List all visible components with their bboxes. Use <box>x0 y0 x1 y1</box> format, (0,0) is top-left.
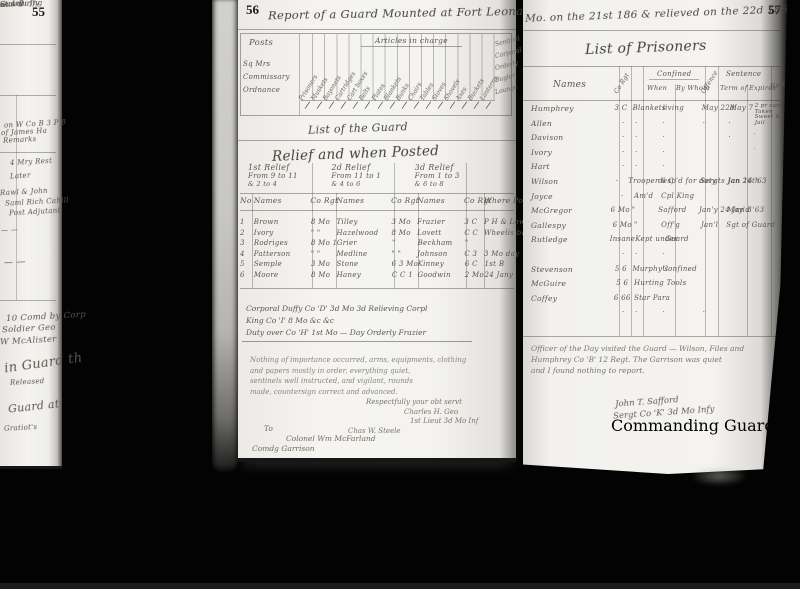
addressee-block: ToColonel Wm McFarlandComdg Garrison <box>252 424 376 454</box>
articles-table: Posts Articles in charge Sq MrsCommissar… <box>240 33 512 116</box>
articles-side-notes: SentinelCorporalOrderlyBuglerLounge <box>495 36 522 96</box>
col-header-names: Names <box>553 80 586 90</box>
addressee-line: Comdg Garrison <box>252 444 376 454</box>
column-line <box>718 66 719 336</box>
post-row-label: Ordnance <box>243 84 290 97</box>
col-header-when: When <box>647 84 667 92</box>
report-line: sentinels well instructed, and vigilant,… <box>250 377 502 388</box>
table-row: 4 Patterson " " Medline " " Johnson C 3 … <box>240 250 516 261</box>
ruled-line <box>0 44 56 45</box>
addressee-line: To <box>264 424 376 434</box>
report-title: Report of a Guard Mounted at Fort Leonar… <box>268 4 537 23</box>
col-header-names: Names <box>334 196 391 205</box>
relief-time: From 11 to 1 <box>331 172 414 180</box>
column-line <box>771 66 772 336</box>
ruled-line <box>523 336 781 337</box>
ruled-line <box>0 300 56 301</box>
handwriting-fragment: Rawl & John <box>0 187 48 197</box>
handwriting-fragment: W McAlister <box>0 335 57 348</box>
col-header-term: Term of <box>720 84 747 92</box>
column-line <box>418 193 419 288</box>
ruled-line <box>0 95 56 96</box>
ruled-line <box>240 193 514 194</box>
scanned-ledger-page: 55 on W Co B 3 P 8 of James Ha Remarks 4… <box>0 0 800 589</box>
page-55: 55 on W Co B 3 P 8 of James Ha Remarks 4… <box>0 0 62 469</box>
relief-label: 3d Relief <box>415 163 498 172</box>
handwriting-fragment: 4 Mry Rest <box>10 157 53 167</box>
column-line <box>631 66 632 336</box>
column-line <box>394 163 395 288</box>
ruled-line <box>0 152 56 153</box>
post-row-label: Commissary <box>243 71 290 84</box>
corporal-note-line: King Co 'I' 8 Mo &c &c <box>246 316 496 328</box>
column-line <box>705 66 706 336</box>
relief-block: 1st Relief From 9 to 11 & 2 to 4 <box>248 163 331 188</box>
handwriting-fragment: 10 Comd by Corp <box>6 310 86 324</box>
col-header-where: Where Posted <box>484 196 516 205</box>
paragraph-line: and I found nothing to report. <box>531 366 777 377</box>
col-header-names: Names <box>415 196 464 205</box>
report-line: made, countersign correct and advanced. <box>250 388 502 399</box>
page-number-56: 56 <box>246 2 259 18</box>
relief-time-2: & 6 to 8 <box>415 180 498 188</box>
table-row: 1 Brown 8 Mo Tilley 3 Mo Frazier 3 C P H… <box>240 218 516 229</box>
relief-block: 2d Relief From 11 to 1 & 4 to 6 <box>331 163 414 188</box>
page-edge-glow <box>690 466 748 486</box>
column-line <box>252 193 253 288</box>
closing-line: Charles H. Geo <box>404 408 478 418</box>
scanner-edge-strip <box>0 583 800 589</box>
guard-report-paragraph: Nothing of importance occurred, arms, eq… <box>250 356 502 398</box>
table-row: 2 Ivory " " Hazelwood 8 Mo Lovett C C Wh… <box>240 229 516 240</box>
relief-time-2: & 4 to 6 <box>331 180 414 188</box>
ruled-line <box>523 100 781 101</box>
handwriting-fragment: Later <box>10 171 31 180</box>
column-line <box>312 163 313 288</box>
table-row: 3 Rodriges 8 Mo 1 Grier " Beckham " <box>240 239 516 250</box>
handwriting-fragment: Released <box>10 377 45 387</box>
handwriting-fragment: Guard at <box>7 397 60 415</box>
ruled-line <box>523 66 781 67</box>
relief-time: From 9 to 11 <box>248 172 331 180</box>
report-line: Nothing of importance occurred, arms, eq… <box>250 356 502 367</box>
guard-table: 1 Brown 8 Mo Tilley 3 Mo Frazier 3 C P H… <box>240 218 516 281</box>
paragraph-line: Humphrey Co 'B' 12 Regt. The Garrison wa… <box>531 355 777 366</box>
handwriting-fragment: — <box>0 0 8 8</box>
col-header-names: Names <box>252 196 311 205</box>
column-line <box>336 193 337 288</box>
paragraph-line: Officer of the Day visited the Guard — W… <box>531 344 777 355</box>
book-spine <box>212 0 238 474</box>
column-line <box>484 193 485 288</box>
column-line <box>299 34 300 115</box>
posts-list: Sq MrsCommissaryOrdnance <box>243 58 290 97</box>
page-56: 56 Report of a Guard Mounted at Fort Leo… <box>238 0 516 462</box>
col-header-co: Co Rgt <box>613 72 631 95</box>
page-57: 57 Mo. on the 21st 186 & relieved on the… <box>523 0 787 474</box>
relief-block: 3d Relief From 1 to 3 & 6 to 8 <box>415 163 498 188</box>
closing-line: 1st Lieut 3d Mo Inf <box>410 417 478 427</box>
ruled-line <box>523 30 781 31</box>
column-line <box>619 66 620 336</box>
list-of-guard-title: List of the Guard <box>308 120 408 136</box>
report-title-continued: Mo. on the 21st 186 & relieved on the 22… <box>525 3 796 24</box>
report-line: and papers mostly in order, everything q… <box>250 367 502 378</box>
column-line <box>747 84 748 336</box>
col-header-sentence: Sentence <box>726 70 761 78</box>
table-row: 6 Moore 8 Mo Haney C C 1 Goodwin 2 Mo 24… <box>240 271 516 282</box>
list-of-prisoners-title: List of Prisoners <box>585 38 707 58</box>
table-row: 5 Semple 3 Mo Stone 6 3 Mo Kinney 6 C 1s… <box>240 260 516 271</box>
check-mark: ∕ <box>481 100 495 116</box>
ruled-line <box>238 29 516 30</box>
relief-time: From 1 to 3 <box>415 172 498 180</box>
handwriting-fragment: in Guard th <box>3 351 83 377</box>
guard-table-headers: No Names Co Rgt Names Co Rgt Names Co Rg… <box>240 196 516 205</box>
handwriting-fragment: Remarks <box>3 135 37 145</box>
handwriting-fragment: Soldier Geo <box>2 323 56 336</box>
officer-day-paragraph: Officer of the Day visited the Guard — W… <box>531 344 777 377</box>
handwriting-fragment: Gratiot's <box>4 423 38 433</box>
ruled-line <box>242 341 472 342</box>
relief-label: 1st Relief <box>248 163 331 172</box>
handwriting-fragment: — — <box>4 257 26 268</box>
col-header-confined: Confined <box>649 70 699 80</box>
column-line <box>466 163 467 288</box>
column-line <box>643 66 644 336</box>
corporal-note-line: Corporal Duffy Co 'D' 3d Mo 3d Relieving… <box>246 304 496 316</box>
column-line <box>675 84 676 336</box>
closing-line: Respectfully your obt servt <box>366 398 478 408</box>
articles-columns: PrisonersMusketsBayonetsCartridgesCart b… <box>301 34 495 100</box>
ruled-line <box>238 140 516 141</box>
ruled-line <box>240 288 514 289</box>
col-header-co: Co Rgt <box>464 196 484 205</box>
col-header-no: No <box>240 196 252 205</box>
col-header-co: Co Rgt <box>310 196 334 205</box>
posts-header: Posts <box>249 38 273 48</box>
corporal-notes: Corporal Duffy Co 'D' 3d Mo 3d Relieving… <box>246 304 496 340</box>
relief-label: 2d Relief <box>331 163 414 172</box>
relief-headers: 1st Relief From 9 to 11 & 2 to 4 2d Reli… <box>248 163 498 188</box>
handwriting-fragment: Post Adjutant <box>9 207 61 218</box>
ruled-line <box>240 210 514 211</box>
addressee-line: Colonel Wm McFarland <box>286 434 376 444</box>
signature-block: John T. SaffordSergt Co 'K' 3d Mo InfyCo… <box>611 392 775 435</box>
handwriting-fragment: — — <box>1 226 19 235</box>
relief-title: Relief and when Posted <box>272 143 440 165</box>
relief-time-2: & 2 to 4 <box>248 180 331 188</box>
corporal-note-line: Duty over Co 'H' 1st Mo — Day Orderly Fr… <box>246 328 496 340</box>
articles-check-row: ∕∕∕∕∕∕∕∕∕∕∕∕∕∕∕∕ <box>301 100 495 115</box>
post-row-label: Sq Mrs <box>243 58 290 71</box>
col-header-remarks: Remarks <box>770 77 800 91</box>
